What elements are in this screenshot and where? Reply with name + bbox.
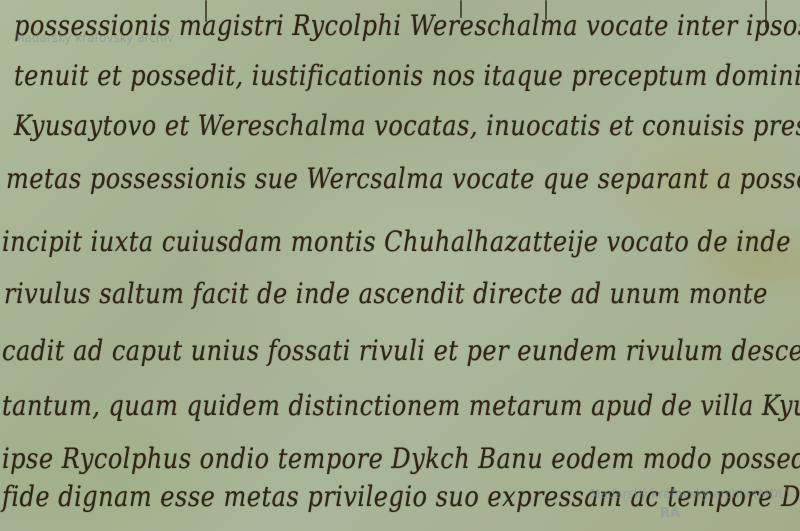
manuscript-line-1: possessionis magistri Rycolphi Wereschal…: [14, 10, 800, 42]
manuscript-line-2: tenuit et possedit, iustificationis nos …: [14, 60, 800, 92]
manuscript-line-5: incipit iuxta cuiusdam montis Chuhalhaza…: [2, 226, 791, 258]
manuscript-line-10: fide dignam esse metas privilegio suo ex…: [2, 481, 800, 513]
manuscript-line-7: cadit ad caput unius fossati rivuli et p…: [2, 335, 800, 367]
manuscript-line-9: ipse Rycolphus ondio tempore Dykch Banu …: [2, 443, 800, 475]
manuscript-line-8: tantum, quam quidem distinctionem metaru…: [2, 390, 800, 422]
manuscript-line-4: metas possessionis sue Wercsalma vocate …: [6, 163, 800, 195]
manuscript-line-6: rivulus saltum facit de inde ascendit di…: [4, 278, 768, 310]
manuscript-line-3: Kyusaytovo et Wereschalma vocatas, inuoc…: [14, 110, 800, 142]
manuscript-page: possessionis magistri Rycolphi Wereschal…: [0, 0, 800, 531]
